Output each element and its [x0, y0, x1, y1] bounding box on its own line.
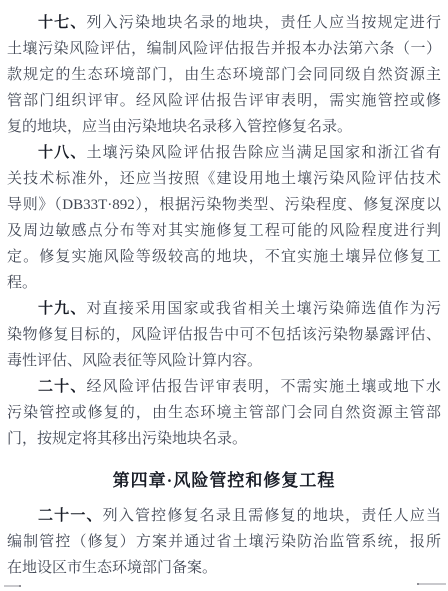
paragraph-number: 二十一、: [38, 508, 103, 524]
text-line: 款规定的生态环境部门，由生态环境部门会同同级自然资源主: [7, 62, 441, 88]
text-line: 十九、对直接采用国家或我省相关土壤污染筛选值作为污: [7, 296, 441, 322]
text-line: 二十、经风险评估报告评审表明，不需实施土壤或地下水: [7, 374, 441, 400]
chapter-heading: 第四章·风险管控和修复工程: [7, 468, 441, 494]
text-boundary-mark-bottom-left: [4, 585, 21, 587]
text-line: 导则》（DB33T·892），根据污染物类型、污染程度、修复深度以: [7, 192, 441, 218]
paragraph: 二十、经风险评估报告评审表明，不需实施土壤或地下水污染管控或修复的，由生态环境主…: [7, 374, 441, 452]
text-line: 管部门组织评审。经风险评估报告评审表明，需实施管控或修: [7, 88, 441, 114]
paragraph-text: 土壤污染风险评估报告除应当满足国家和浙江省有: [87, 145, 441, 161]
text-line: 门，按规定将其移出污染地块名录。: [7, 426, 441, 452]
paragraph: 二十一、列入管控修复名录且需修复的地块，责任人应当编制管控（修复）方案并通过省土…: [7, 503, 441, 581]
text-boundary-mark-bottom-right: [417, 583, 446, 585]
text-line: 定。修复实施风险等级较高的地块，不宜实施土壤异位修复工: [7, 244, 441, 270]
paragraph-text: 经风险评估报告评审表明，不需实施土壤或地下水: [87, 379, 441, 395]
text-line: 染物修复目标的，风险评估报告中可不包括该污染物暴露评估、: [7, 322, 441, 348]
paragraph-text: 对直接采用国家或我省相关土壤污染筛选值作为污: [87, 301, 441, 317]
text-line: 二十一、列入管控修复名录且需修复的地块，责任人应当: [7, 503, 441, 529]
paragraph-text: 列入管控修复名录且需修复的地块，责任人应当: [103, 508, 441, 524]
text-line: 程。: [7, 270, 441, 296]
paragraph-number: 十八、: [38, 145, 87, 161]
text-line: 十八、土壤污染风险评估报告除应当满足国家和浙江省有: [7, 140, 441, 166]
paragraph-number: 十九、: [38, 301, 87, 317]
paragraph: 十八、土壤污染风险评估报告除应当满足国家和浙江省有关技术标准外，还应当按照《建设…: [7, 140, 441, 296]
paragraph-number: 二十、: [38, 379, 87, 395]
paragraph: 十七、列入污染地块名录的地块，责任人应当按规定进行土壤污染风险评估，编制风险评估…: [7, 10, 441, 140]
document-page: 十七、列入污染地块名录的地块，责任人应当按规定进行土壤污染风险评估，编制风险评估…: [0, 0, 448, 591]
text-line: 及周边敏感点分布等对其实施修复工程可能的风险程度进行判: [7, 218, 441, 244]
text-line: 编制管控（修复）方案并通过省土壤污染防治监管系统，报所: [7, 529, 441, 555]
text-line: 关技术标准外，还应当按照《建设用地土壤污染风险评估技术: [7, 166, 441, 192]
text-line: 在地设区市生态环境部门备案。: [7, 555, 441, 581]
text-line: 土壤污染风险评估，编制风险评估报告并报本办法第六条（一）: [7, 36, 441, 62]
text-line: 十七、列入污染地块名录的地块，责任人应当按规定进行: [7, 10, 441, 36]
text-line: 复的地块，应当由污染地块名录移入管控修复名录。: [7, 114, 441, 140]
paragraph: 十九、对直接采用国家或我省相关土壤污染筛选值作为污染物修复目标的，风险评估报告中…: [7, 296, 441, 374]
paragraph-number: 十七、: [38, 15, 87, 31]
text-line: 污染管控或修复的，由生态环境主管部门会同自然资源主管部: [7, 400, 441, 426]
document-body: 十七、列入污染地块名录的地块，责任人应当按规定进行土壤污染风险评估，编制风险评估…: [0, 0, 448, 581]
paragraph-text: 列入污染地块名录的地块，责任人应当按规定进行: [87, 15, 441, 31]
text-line: 毒性评估、风险表征等风险计算内容。: [7, 348, 441, 374]
